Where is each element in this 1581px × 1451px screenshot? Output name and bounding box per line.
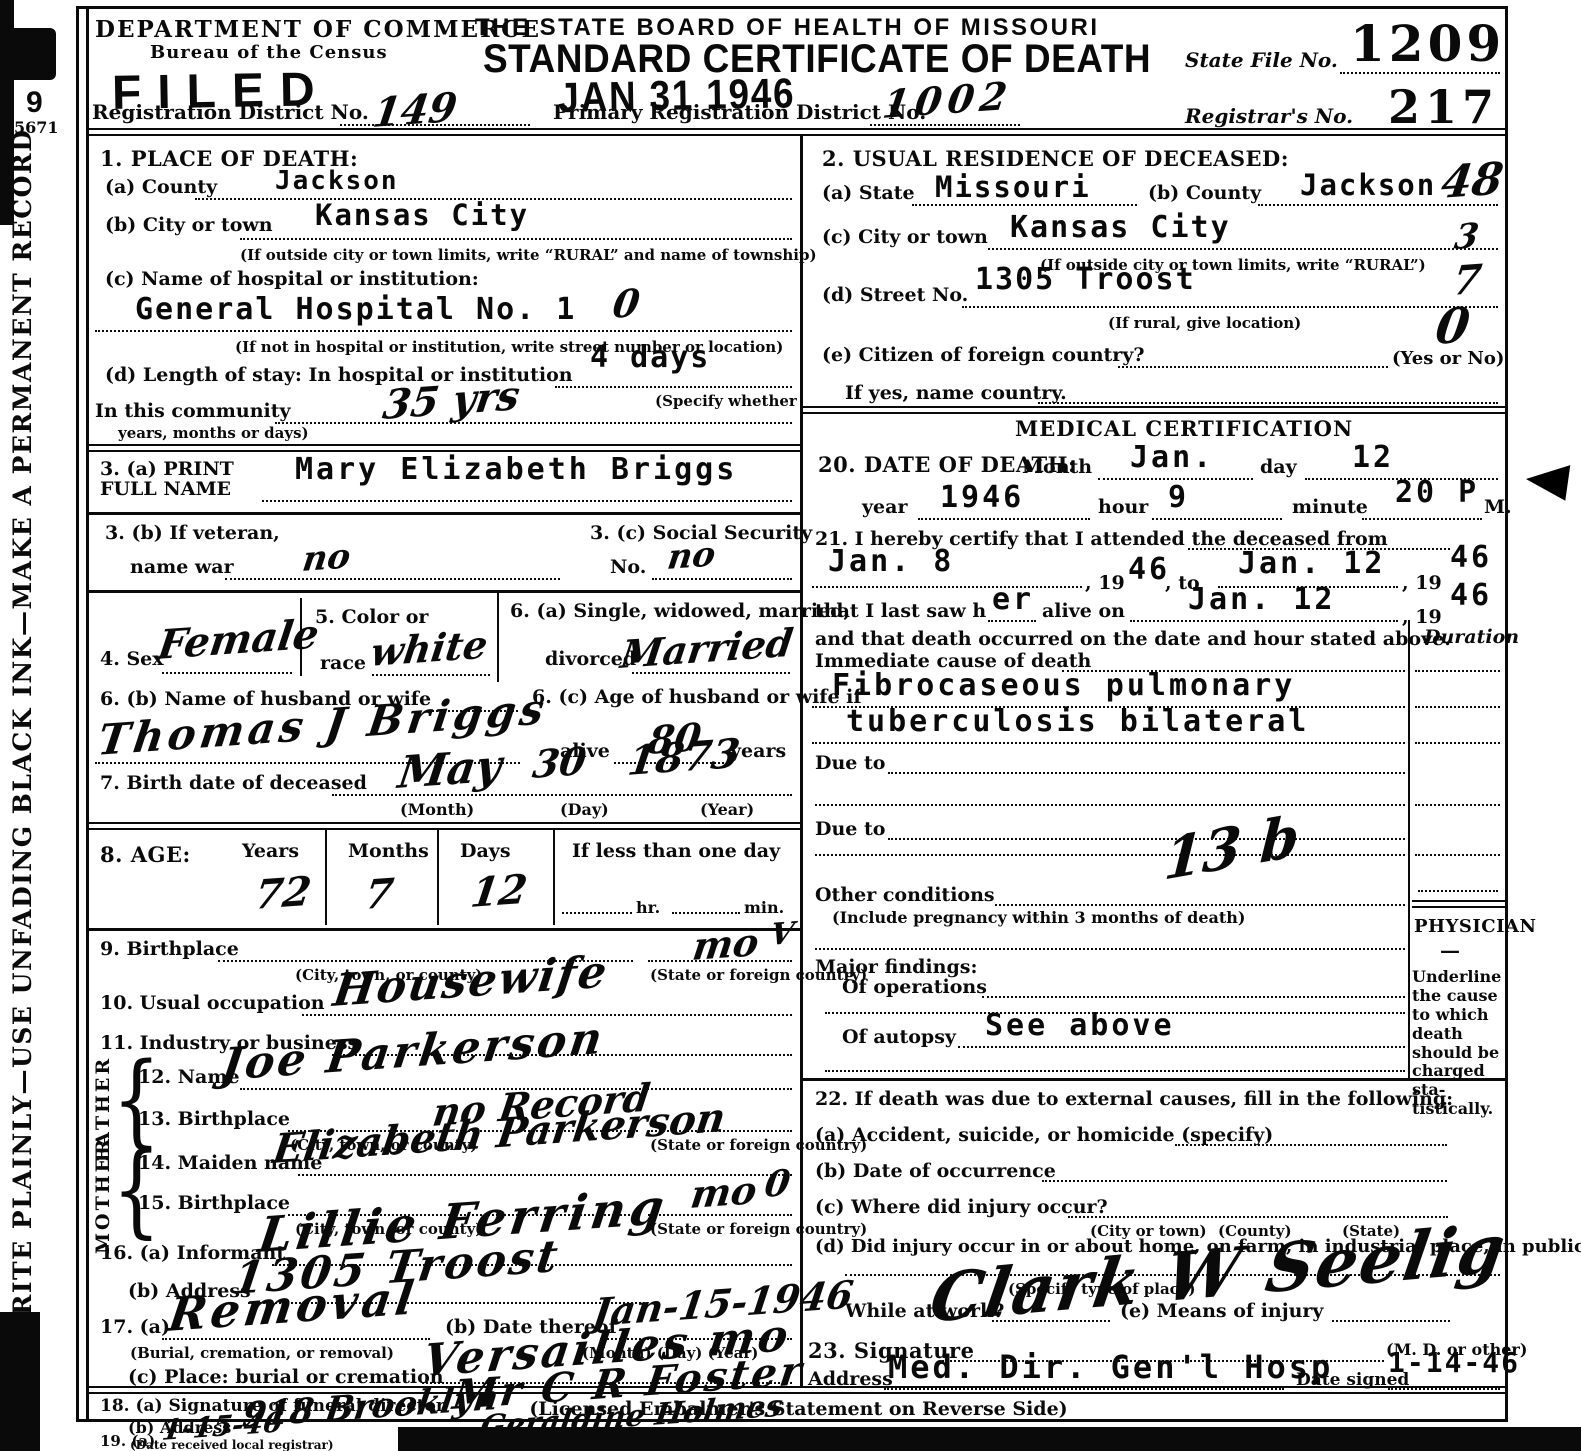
place-b-line [240,238,792,240]
veteran-label2: name war [130,556,234,578]
disposition-note: (Burial, cremation, or removal) [130,1344,394,1362]
community-note: years, months or days) [118,424,309,442]
age-less-label: If less than one day [572,840,780,862]
dod-minute-label: minute [1292,496,1368,518]
name-a-line [262,500,792,502]
state-file-value: 1209 [1350,14,1505,73]
ssn-label2: No. [610,556,646,578]
sex-line [162,672,292,674]
due2-label: Due to [815,818,885,840]
cause-line1: Fibrocaseous pulmonary [832,668,1295,703]
certify-to-value: Jan. 12 [1238,546,1385,581]
ssn-value: no [665,534,718,578]
certify-from-yr: 46 [1128,552,1170,587]
age-months-label: Months [348,840,429,862]
residence-street-line [962,306,1498,308]
residence-city-value: Kansas City [1010,210,1231,245]
birthdate-cap-year: (Year) [700,800,754,819]
certify-saw-line [1130,620,1398,622]
age-hr-label: hr. [636,898,660,917]
frame-top [76,6,1508,9]
dod-year-label: year [862,496,907,518]
certify-from-19: , 19 [1085,572,1125,594]
certify-saw-post: alive on [1042,600,1125,622]
name-a-value: Mary Elizabeth Briggs [295,452,737,487]
registrar-no-label: Registrar's No. [1185,104,1353,128]
footer-note: (Licensed Embalmer's Statement on Revers… [92,1398,1505,1420]
occupation-value: Housewife [330,946,612,1017]
residence-heading: 2. USUAL RESIDENCE OF DECEASED: [822,146,1289,171]
birthplace-value: mo [690,919,762,969]
divider-above-22 [803,1078,1505,1081]
place-b-label: (b) City or town [105,214,273,236]
place-d-value: 4 days [590,340,710,375]
residence-state-label: (a) State [822,182,915,204]
certify-occurred: and that death occurred on the date and … [815,628,1451,650]
mother-bp-mark: 0 [762,1162,793,1206]
other-conditions-label: Other conditions [815,884,995,906]
name-a-label1: 3. (a) PRINT [100,458,234,480]
certify-saw-value: Jan. 12 [1188,582,1335,617]
external-a-dots [1175,1144,1447,1146]
sig-address-label: Address [808,1368,893,1390]
due2-rule [815,854,1405,856]
autopsy-value: See above [985,1008,1175,1043]
duration-stub-4 [1415,804,1500,806]
cell-line-color-marital [497,592,499,682]
duration-column-line [1408,620,1410,1078]
sig-address-value: Med. Dir. Gen'l Hosp [888,1348,1333,1386]
physician-box-top [1412,900,1505,908]
registrar-no-value: 217 [1388,80,1499,134]
age-hr-line [562,912,632,914]
autopsy-dots [958,1046,1405,1048]
due2-dots [888,838,1405,840]
certify-to-19: , 19 [1402,572,1442,594]
duration-stub-3 [1415,742,1500,744]
veteran-label1: 3. (b) If veteran, [105,522,280,544]
place-a-label: (a) County [105,176,217,198]
ssn-line [652,578,792,580]
primary-reg-label: Primary Registration District No. [553,100,926,124]
place-a-value: Jackson [275,166,399,196]
dod-m-label: M. [1484,496,1512,518]
external-b-label: (b) Date of occurrence [815,1160,1056,1182]
residence-city-label: (c) City or town [822,226,988,248]
divider-under-name [89,512,800,515]
place-c-label: (c) Name of hospital or institution: [105,268,479,290]
medical-heading: MEDICAL CERTIFICATION [1015,416,1353,441]
death-certificate-scan: 9 5671 WRITE PLAINLY—USE UNFADING BLACK … [0,0,1581,1451]
external-a-label: (a) Accident, suicide, or homicide (spec… [815,1124,1273,1146]
birthdate-day: 30 [530,738,589,787]
physician-dash: — [1440,938,1460,962]
place-b-value: Kansas City [315,198,529,232]
community-value: 35 yrs [380,372,523,429]
received-note: (Date received local registrar) [130,1438,334,1451]
margin-vertical-text: WRITE PLAINLY—USE UNFADING BLACK INK—MAK… [8,129,37,1345]
place-d-line [555,386,792,388]
color-line [372,674,490,676]
marital-value: Married [618,619,796,677]
state-file-label: State File No. [1185,48,1338,72]
father-name-value: Joe Parkerson [218,1013,608,1091]
age-years-label: Years [242,840,299,862]
father-bp-label: 13. Birthplace [138,1108,290,1130]
age-years-value: 72 [252,868,314,919]
sex-label: 4. Sex [100,648,164,670]
birthplace-mark: V [768,916,796,953]
duration-label: Duration [1424,626,1519,648]
place-b-note: (If outside city or town limits, write “… [240,246,817,264]
cause-line2: tuberculosis bilateral [846,704,1309,739]
frame-left-inner [86,6,89,1422]
residence-county-code: 48 [1438,153,1506,209]
age-cell-line2 [437,830,439,925]
date-signed-value: 1-14-46 [1388,1346,1520,1379]
external-c-dots [1068,1216,1448,1218]
sex-value: Female [155,610,322,669]
community-line [275,422,792,424]
dod-year-value: 1946 [940,480,1024,515]
residence-country-line [1038,402,1498,404]
dod-hour-label: hour [1098,496,1148,518]
major-findings-label: Major findings: [815,956,977,978]
bureau-line: Bureau of the Census [150,42,388,63]
occupation-line [302,1014,792,1016]
age-months-value: 7 [362,869,396,919]
age-heading: 8. AGE: [100,842,191,867]
scan-arrow-mark [1524,459,1571,500]
reg-district-value: 149 [370,84,460,137]
residence-county-label: (b) County [1148,182,1261,204]
color-label1: 5. Color or [315,606,428,628]
duration-stub-5 [1415,854,1500,856]
dod-month-label: Month [1022,456,1092,478]
other-conditions-note: (Include pregnancy within 3 months of de… [832,908,1245,927]
due1-dots [888,772,1405,774]
reg-district-label: Registration District No. [92,100,369,124]
sig-address-dots [884,1388,1284,1390]
autopsy-label: Of autopsy [842,1026,956,1048]
divider-above-age [89,822,800,830]
duration-stub-1 [1415,670,1500,672]
place-c-mark: 0 [610,280,643,327]
duration-stub-2 [1415,706,1500,708]
date-signed-dots [1388,1388,1500,1390]
age-days-label: Days [460,840,511,862]
spouse-age-label1: 6. (c) Age of husband or wife if [532,686,862,708]
residence-city-code: 3 [1452,216,1481,258]
dod-month-value: Jan. [1130,440,1214,475]
scan-blob-bottom [0,1312,40,1451]
operations-label: Of operations [842,976,987,998]
residence-county-value: Jackson [1300,168,1436,202]
dod-day-label: day [1260,456,1297,478]
cause-scrawl: 13 b [1162,802,1301,894]
place-c-line [95,330,792,332]
residence-street-note: (If rural, give location) [1108,314,1301,332]
birthdate-year: 1873 [625,730,743,785]
frame-left-outer [76,6,79,1422]
certify-to-yr: 46 [1450,540,1492,575]
certify-saw-pre: that I last saw h [815,600,986,622]
certify-saw-er: er [992,582,1034,617]
residence-street-label: (d) Street No. [822,284,968,306]
registrar-sig-note: (Registrar's signature) [520,1438,674,1451]
operations-dots [982,996,1405,998]
divider-above-medical [803,406,1505,414]
birthplace-label: 9. Birthplace [100,938,239,960]
residence-citizen-line [1118,366,1388,368]
place-c-value: General Hospital No. 1 [135,292,576,327]
certify-from-value: Jan. 8 [828,544,954,579]
community-label: In this community [95,400,291,422]
divider-under-age [89,928,800,931]
age-min-line [672,912,740,914]
dod-minute-line [1362,518,1482,520]
birthdate-label: 7. Birth date of deceased [100,772,367,794]
autopsy-rule [825,1070,1405,1072]
other-rule [815,948,1405,950]
disposition-label: 17. (a) [100,1316,170,1338]
mother-bp-value: mo [688,1167,760,1217]
birthdate-cap-month: (Month) [400,800,474,819]
occupation-label: 10. Usual occupation [100,992,325,1014]
marital-label1: 6. (a) Single, widowed, married, [510,600,850,622]
age-min-label: min. [744,898,784,917]
age-days-value: 12 [468,866,530,917]
certify-saw-yr: 46 [1450,578,1492,613]
birthdate-month: May [395,740,505,799]
age-cell-line3 [553,830,555,925]
physician-title: PHYSICIAN [1414,916,1536,937]
residence-state-line [912,204,1137,206]
duration-stub-6 [1418,890,1498,892]
external-e-dots [1332,1320,1450,1322]
name-a-label2: FULL NAME [100,478,231,500]
other-conditions-dots [995,904,1405,906]
residence-state-value: Missouri [935,170,1091,204]
divider-above-name [89,444,800,452]
dod-day-value: 12 [1352,440,1394,475]
certify-from-line [812,586,1082,588]
mother-vertical-label: MOTHER [92,1144,114,1254]
external-heading: 22. If death was due to external causes,… [815,1088,1453,1110]
divider-under-veteran [89,590,800,593]
color-label2: race [320,652,366,674]
age-cell-line1 [325,830,327,925]
cause-line2-rule [812,742,1405,744]
header-divider [89,128,1505,136]
dod-year-line [918,518,1090,520]
dod-hour-line [1152,518,1282,520]
due1-rule [815,804,1405,806]
external-b-dots [1042,1180,1447,1182]
veteran-value: no [300,536,353,580]
column-divider [800,134,803,1388]
dod-minute-value: 20 P [1395,475,1479,510]
residence-street-value: 1305 Troost [975,262,1196,297]
birthdate-cap-day: (Day) [560,800,609,819]
scan-blob-top [6,28,56,80]
residence-citizen-label: (e) Citizen of foreign country? [822,344,1145,366]
place-d-note: (Specify whether [655,392,797,410]
margin-digit: 9 [26,86,43,120]
residence-city-line [988,248,1498,250]
primary-reg-value: 1002 [880,72,1016,127]
due1-label: Due to [815,752,885,774]
residence-country-label: If yes, name country. [845,382,1067,404]
dod-hour-value: 9 [1168,480,1189,515]
certify-saw-er-line [988,620,1036,622]
external-c-label: (c) Where did injury occur? [815,1196,1108,1218]
color-value: white [368,621,491,675]
registrar-sig-label: (b) [440,1432,465,1450]
veteran-line [225,578,560,580]
